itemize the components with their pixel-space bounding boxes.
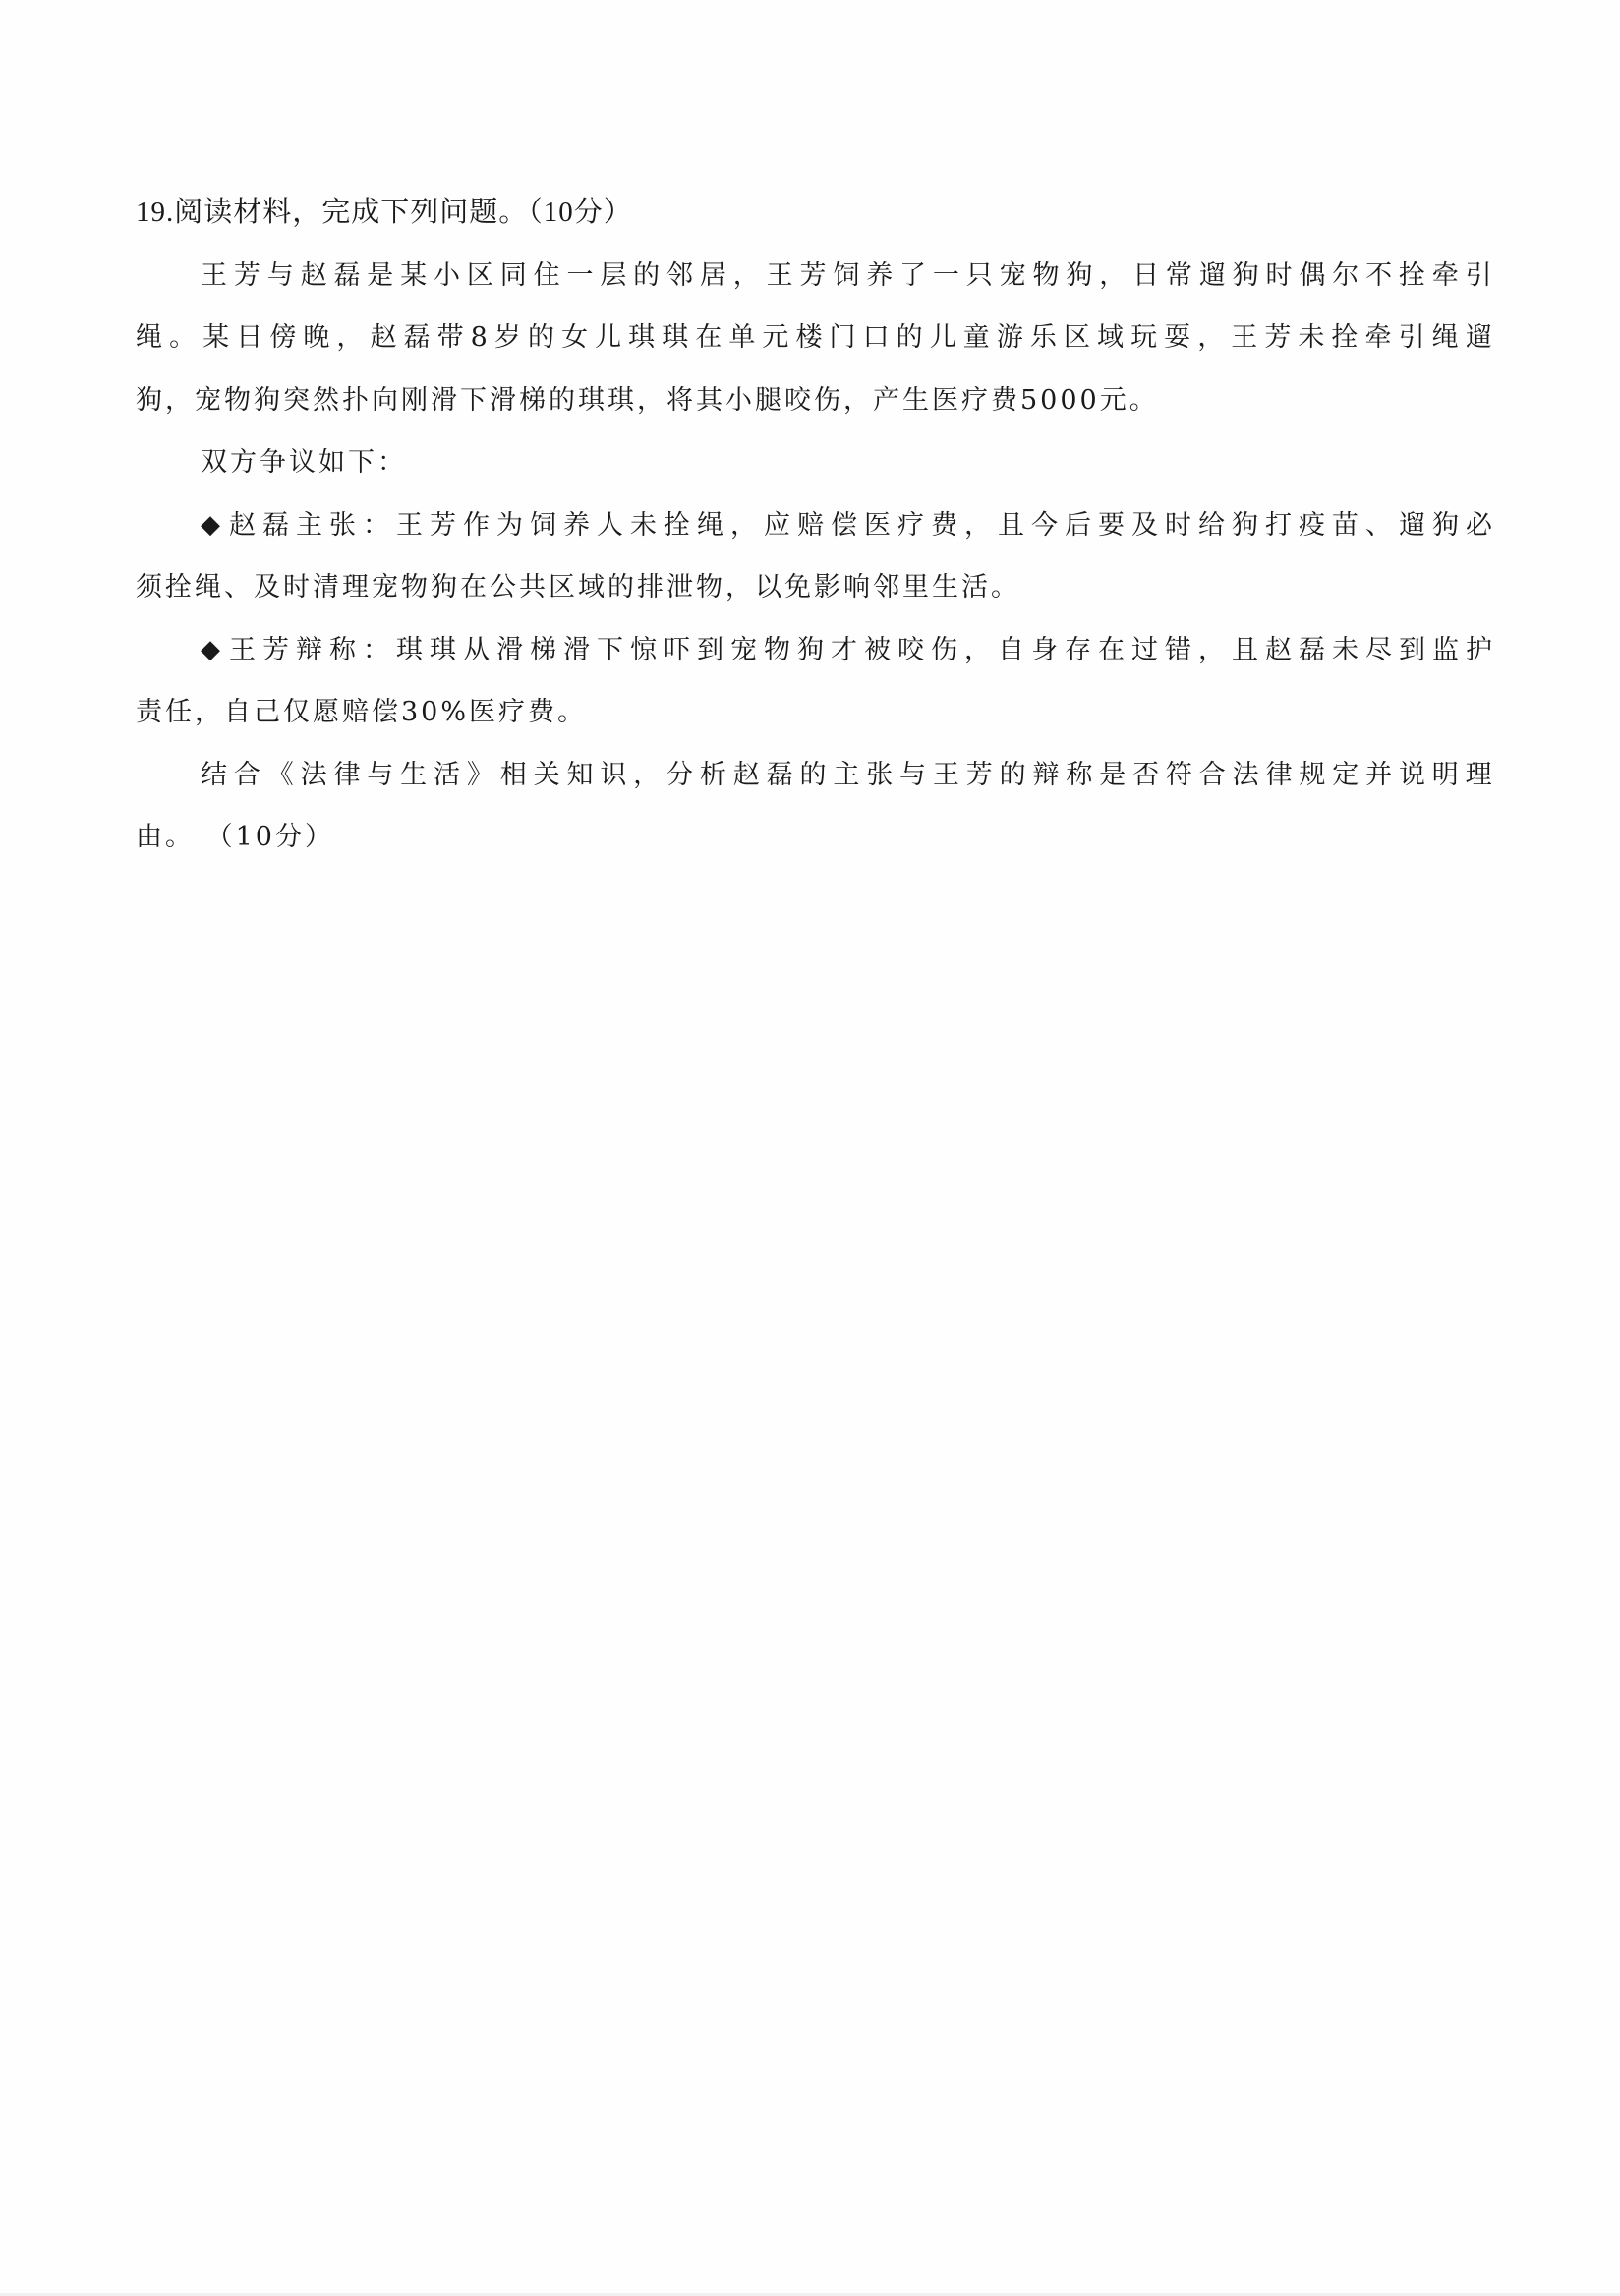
- text-char: ：: [363, 494, 389, 557]
- text-char: 与: [899, 744, 926, 807]
- text-char: 疫: [1299, 494, 1325, 557]
- text-char: 主: [296, 494, 322, 557]
- text-char: 滑: [496, 619, 523, 682]
- question-number: 19.: [136, 197, 174, 228]
- text-char: 赵: [1265, 619, 1292, 682]
- text-char: 身: [1031, 619, 1058, 682]
- exam-page: 19.阅读材料，完成下列问题。（10分） 王芳与赵磊是某小区同住一层的邻居，王芳…: [0, 0, 1620, 2296]
- text-char: 狗: [1232, 494, 1258, 557]
- text-char: 磊: [767, 744, 793, 807]
- text-char: 应: [764, 494, 790, 557]
- text-char: 层: [600, 245, 626, 308]
- text-char: 儿: [930, 307, 956, 370]
- text-char: 磊: [1299, 619, 1325, 682]
- text-char: 带: [437, 307, 464, 370]
- question-19: 19.阅读材料，完成下列问题。（10分） 王芳与赵磊是某小区同住一层的邻居，王芳…: [136, 182, 1492, 869]
- text-char: ，: [633, 744, 660, 807]
- text-char: 惊: [630, 619, 657, 682]
- text-char: 一: [566, 245, 593, 308]
- text-char: 只: [966, 245, 993, 308]
- text-char: 在: [695, 307, 722, 370]
- text-char: 理: [1466, 744, 1492, 807]
- text-char: 元: [762, 307, 788, 370]
- text-char: 宠: [730, 619, 757, 682]
- text-char: 住: [534, 245, 560, 308]
- text-char: 牵: [1365, 307, 1392, 370]
- text-char: 赔: [797, 494, 824, 557]
- text-char: 偿: [831, 494, 857, 557]
- text-char: 芳: [799, 245, 826, 308]
- diamond-bullet-icon: ◆: [201, 619, 220, 682]
- text-char: 琪: [628, 307, 655, 370]
- text-char: 绳: [1432, 307, 1459, 370]
- text-char: 常: [1166, 245, 1192, 308]
- question-points: （10分）: [528, 197, 633, 228]
- text-char: 赵: [301, 245, 327, 308]
- text-char: 定: [1332, 744, 1359, 807]
- text-char: 一: [933, 245, 959, 308]
- text-char: 过: [1131, 619, 1158, 682]
- text-char: 张: [329, 494, 356, 557]
- text-char: 与: [367, 744, 393, 807]
- text-char: 合: [234, 744, 260, 807]
- text-char: 活: [434, 744, 460, 807]
- text-char: 遛: [1466, 307, 1492, 370]
- question-header: 19.阅读材料，完成下列问题。（10分）: [136, 182, 1492, 245]
- text-char: 必: [1466, 494, 1492, 557]
- text-char: ，: [733, 245, 760, 308]
- text-char: 王: [201, 245, 227, 308]
- text-char: 尔: [1332, 245, 1359, 308]
- text-char: 居: [700, 245, 726, 308]
- text-char: 错: [1165, 619, 1191, 682]
- claim-wangfang-line-1: ◆王芳辩称：琪琪从滑梯滑下惊吓到宠物狗才被咬伤，自身存在过错，且赵磊未尽到监护: [136, 619, 1492, 682]
- text-char: 今: [1031, 494, 1058, 557]
- text-char: 为: [496, 494, 523, 557]
- text-char: 法: [301, 744, 327, 807]
- text-char: 8: [471, 307, 488, 370]
- text-char: 区: [1064, 307, 1090, 370]
- task-line-2: 由。 （10分）: [136, 806, 1492, 869]
- text-char: 人: [597, 494, 623, 557]
- text-char: 儿: [595, 307, 621, 370]
- text-char: 在: [1098, 619, 1125, 682]
- text-char: 称: [1066, 744, 1092, 807]
- text-char: 王: [767, 245, 793, 308]
- text-char: 游: [997, 307, 1023, 370]
- text-char: 及: [1131, 494, 1158, 557]
- text-char: 时: [1165, 494, 1191, 557]
- text-char: 芳: [430, 494, 456, 557]
- text-char: 偶: [1299, 245, 1325, 308]
- text-char: 、: [1365, 494, 1392, 557]
- text-char: 遛: [1199, 245, 1226, 308]
- text-char: 后: [1065, 494, 1091, 557]
- text-char: 门: [830, 307, 856, 370]
- text-char: 的: [897, 307, 923, 370]
- text-char: 岁: [494, 307, 521, 370]
- text-char: 符: [1166, 744, 1192, 807]
- text-char: 芳: [1264, 307, 1291, 370]
- text-char: 芳: [262, 619, 289, 682]
- text-char: 狗: [1066, 245, 1092, 308]
- text-char: 区: [467, 245, 493, 308]
- text-char: 自: [998, 619, 1024, 682]
- text-char: 生: [400, 744, 427, 807]
- text-char: 到: [1399, 619, 1425, 682]
- text-char: 从: [463, 619, 490, 682]
- text-char: 并: [1365, 744, 1392, 807]
- text-char: 口: [863, 307, 890, 370]
- text-char: 张: [866, 744, 893, 807]
- text-char: 是: [367, 245, 393, 308]
- text-char: 吓: [664, 619, 690, 682]
- text-char: 王: [1231, 307, 1257, 370]
- text-char: 玩: [1130, 307, 1157, 370]
- text-char: 同: [500, 245, 527, 308]
- text-char: 邻: [666, 245, 693, 308]
- text-char: 引: [1466, 245, 1492, 308]
- text-char: 遛: [1399, 494, 1425, 557]
- text-char: 牵: [1432, 245, 1459, 308]
- text-char: 某: [202, 307, 229, 370]
- text-char: 析: [700, 744, 726, 807]
- text-char: 引: [1399, 307, 1425, 370]
- text-char: 明: [1432, 744, 1459, 807]
- text-char: 作: [463, 494, 490, 557]
- text-char: 费: [931, 494, 957, 557]
- text-char: 的: [528, 307, 554, 370]
- text-char: 且: [1232, 619, 1258, 682]
- text-char: 监: [1432, 619, 1459, 682]
- text-char: 芳: [234, 245, 260, 308]
- text-char: 合: [1199, 744, 1226, 807]
- question-title: 阅读材料，完成下列问题。: [174, 197, 528, 228]
- text-char: 关: [534, 744, 560, 807]
- text-char: ：: [363, 619, 389, 682]
- text-char: 的: [633, 245, 660, 308]
- text-char: 打: [1265, 494, 1292, 557]
- text-char: 宠: [1000, 245, 1026, 308]
- text-char: ，: [730, 494, 757, 557]
- text-char: 狗: [1233, 245, 1259, 308]
- text-char: ，: [1197, 307, 1224, 370]
- text-char: 到: [697, 619, 723, 682]
- text-char: 称: [329, 619, 356, 682]
- text-char: 物: [1032, 245, 1059, 308]
- text-char: 。: [169, 307, 196, 370]
- text-char: 饲: [530, 494, 556, 557]
- text-char: 小: [434, 245, 460, 308]
- claim-zhaolei-line-1: ◆赵磊主张：王芳作为饲养人未拴绳，应赔偿医疗费，且今后要及时给狗打疫苗、遛狗必: [136, 494, 1492, 557]
- text-char: 存: [1065, 619, 1091, 682]
- claim-wangfang-line-2: 责任，自己仅愿赔偿30%医疗费。: [136, 681, 1492, 744]
- task-points: （10分）: [206, 822, 334, 852]
- text-char: 给: [1198, 494, 1225, 557]
- text-char: 律: [1266, 744, 1293, 807]
- text-char: 赵: [733, 744, 760, 807]
- text-char: 疗: [897, 494, 924, 557]
- text-char: 识: [600, 744, 626, 807]
- text-char: 王: [396, 494, 423, 557]
- text-char: 护: [1466, 619, 1492, 682]
- text-char: 不: [1365, 245, 1392, 308]
- text-char: 琪: [430, 619, 456, 682]
- text-char: 拴: [664, 494, 690, 557]
- text-char: 分: [666, 744, 693, 807]
- text-char: 拴: [1331, 307, 1358, 370]
- text-char: ，: [964, 494, 991, 557]
- text-char: 楼: [795, 307, 822, 370]
- text-char: 律: [333, 744, 360, 807]
- text-char: 辩: [1032, 744, 1059, 807]
- text-char: 芳: [966, 744, 993, 807]
- material-paragraph-line-1: 王芳与赵磊是某小区同住一层的邻居，王芳饲养了一只宠物狗，日常遛狗时偶尔不拴牵引: [136, 245, 1492, 308]
- task-line-1: 结合《法律与生活》相关知识，分析赵磊的主张与王芳的辩称是否符合法律规定并说明理: [136, 744, 1492, 807]
- task-line-2-text: 由。: [136, 822, 195, 852]
- text-char: 尽: [1365, 619, 1392, 682]
- text-char: ，: [1099, 245, 1126, 308]
- text-char: 拴: [1399, 245, 1425, 308]
- text-char: 结: [201, 744, 227, 807]
- text-char: 女: [561, 307, 588, 370]
- text-char: 绳: [136, 307, 162, 370]
- text-char: 梯: [530, 619, 556, 682]
- text-char: 《: [267, 744, 294, 807]
- text-char: 磊: [262, 494, 289, 557]
- text-char: 磊: [404, 307, 431, 370]
- text-char: 的: [799, 744, 826, 807]
- text-char: 赵: [229, 494, 256, 557]
- text-char: 养: [563, 494, 590, 557]
- material-paragraph-line-2: 绳。某日傍晚，赵磊带8岁的女儿琪琪在单元楼门口的儿童游乐区域玩耍，王芳未拴牵引绳…: [136, 307, 1492, 370]
- text-char: 下: [597, 619, 623, 682]
- text-char: 主: [833, 744, 859, 807]
- text-char: 法: [1233, 744, 1259, 807]
- text-char: 傍: [269, 307, 296, 370]
- text-char: 耍: [1164, 307, 1190, 370]
- text-char: 伤: [931, 619, 957, 682]
- text-char: 未: [1332, 619, 1359, 682]
- text-char: ，: [1198, 619, 1225, 682]
- text-char: 日: [236, 307, 262, 370]
- text-char: ，: [964, 619, 991, 682]
- claim-zhaolei-line-2: 须拴绳、及时清理宠物狗在公共区域的排泄物，以免影响邻里生活。: [136, 556, 1492, 619]
- text-char: 是: [1099, 744, 1126, 807]
- text-char: 辩: [296, 619, 322, 682]
- text-char: 饲: [833, 245, 859, 308]
- diamond-bullet-icon: ◆: [201, 494, 220, 557]
- text-char: 王: [229, 619, 256, 682]
- text-char: 了: [899, 245, 926, 308]
- text-char: 苗: [1332, 494, 1359, 557]
- text-char: 晚: [303, 307, 329, 370]
- text-char: 狗: [1432, 494, 1459, 557]
- text-char: 且: [998, 494, 1024, 557]
- text-char: 日: [1132, 245, 1159, 308]
- text-char: 规: [1299, 744, 1325, 807]
- text-char: 相: [500, 744, 527, 807]
- text-char: 物: [764, 619, 790, 682]
- text-char: 说: [1399, 744, 1425, 807]
- text-char: 被: [864, 619, 891, 682]
- text-char: ，: [336, 307, 363, 370]
- text-char: 》: [467, 744, 493, 807]
- text-char: 知: [566, 744, 593, 807]
- text-char: 琪: [662, 307, 688, 370]
- text-char: 赵: [370, 307, 396, 370]
- text-char: 才: [831, 619, 857, 682]
- material-paragraph-line-3: 狗，宠物狗突然扑向刚滑下滑梯的琪琪，将其小腿咬伤，产生医疗费5000元。: [136, 370, 1492, 432]
- text-char: 磊: [333, 245, 360, 308]
- text-char: 域: [1097, 307, 1124, 370]
- text-char: 时: [1266, 245, 1293, 308]
- text-char: 琪: [396, 619, 423, 682]
- text-char: 否: [1132, 744, 1159, 807]
- text-char: 未: [1298, 307, 1324, 370]
- text-char: 狗: [797, 619, 824, 682]
- text-char: 未: [630, 494, 657, 557]
- text-char: 某: [400, 245, 427, 308]
- text-char: 童: [963, 307, 990, 370]
- text-char: 与: [267, 245, 294, 308]
- text-char: 单: [728, 307, 755, 370]
- text-char: 医: [864, 494, 891, 557]
- text-char: 乐: [1030, 307, 1057, 370]
- text-char: 的: [1000, 744, 1026, 807]
- text-char: 咬: [897, 619, 924, 682]
- text-char: 要: [1098, 494, 1125, 557]
- dispute-intro: 双方争议如下：: [136, 431, 1492, 494]
- text-char: 滑: [563, 619, 590, 682]
- text-char: 绳: [697, 494, 723, 557]
- text-char: 养: [866, 245, 893, 308]
- text-char: 王: [933, 744, 959, 807]
